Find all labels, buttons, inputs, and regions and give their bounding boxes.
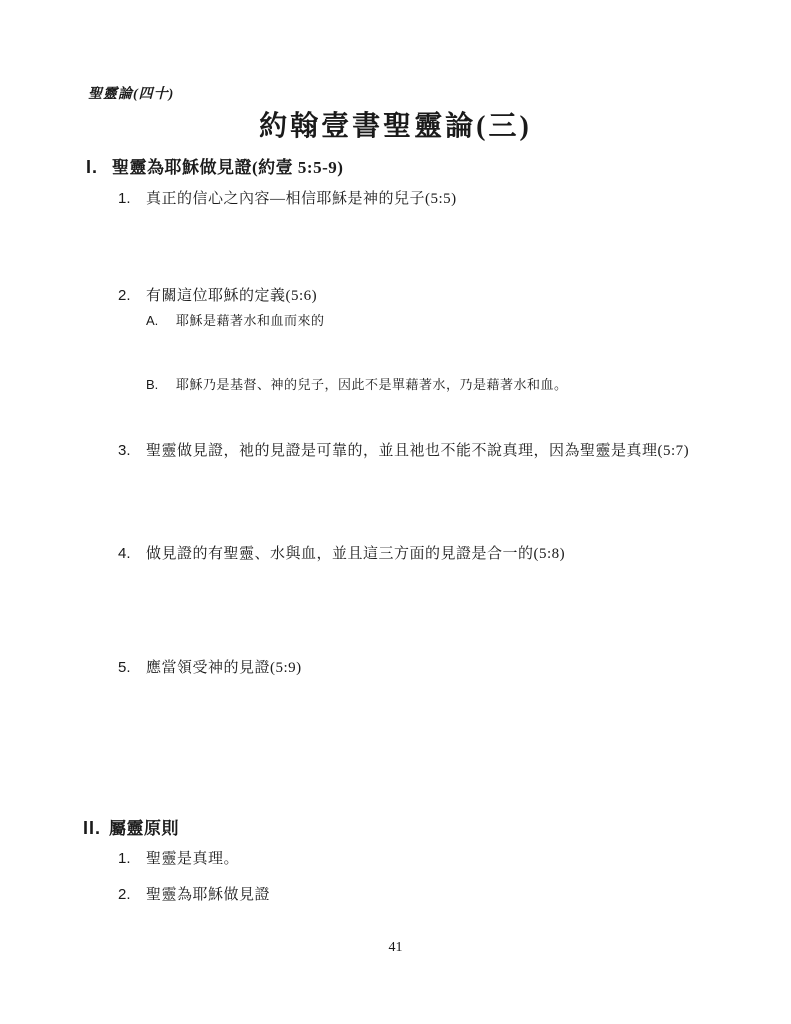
subitem-text: 耶穌是藉著水和血而來的 — [176, 310, 325, 329]
item-number: 2. — [118, 886, 146, 903]
section-numeral: II. — [83, 818, 109, 839]
document-header-label: 聖靈論(四十) — [88, 83, 174, 103]
item-number: 2. — [118, 287, 146, 304]
page-number: 41 — [0, 940, 791, 956]
item-number: 1. — [118, 190, 146, 207]
section-heading-2: II. 屬靈原則 — [83, 814, 179, 839]
document-page: 聖靈論(四十) 約翰壹書聖靈論(三) I. 聖靈為耶穌做見證(約壹 5:5-9)… — [0, 0, 791, 1024]
section-heading-text: 聖靈為耶穌做見證(約壹 5:5-9) — [112, 153, 343, 178]
section-heading-text: 屬靈原則 — [109, 814, 179, 839]
sub-list-item: B. 耶穌乃是基督、神的兒子，因此不是單藉著水，乃是藉著水和血。 — [146, 374, 568, 393]
item-text: 聖靈是真理。 — [146, 847, 239, 868]
item-number: 1. — [118, 850, 146, 867]
section-numeral: I. — [86, 157, 112, 178]
sub-list-item: A. 耶穌是藉著水和血而來的 — [146, 310, 325, 329]
item-text: 做見證的有聖靈、水與血，並且這三方面的見證是合一的(5:8) — [146, 542, 565, 563]
item-text: 應當領受神的見證(5:9) — [146, 656, 302, 677]
list-item: 1. 聖靈是真理。 — [118, 847, 239, 868]
list-item: 2. 聖靈為耶穌做見證 — [118, 883, 270, 904]
item-text: 聖靈為耶穌做見證 — [146, 883, 270, 904]
item-text: 有關這位耶穌的定義(5:6) — [146, 284, 317, 305]
list-item: 2. 有關這位耶穌的定義(5:6) — [118, 284, 317, 305]
subitem-text: 耶穌乃是基督、神的兒子，因此不是單藉著水，乃是藉著水和血。 — [176, 374, 568, 393]
item-number: 3. — [118, 442, 146, 459]
item-number: 4. — [118, 545, 146, 562]
list-item: 5. 應當領受神的見證(5:9) — [118, 656, 302, 677]
item-text: 聖靈做見證，祂的見證是可靠的，並且祂也不能不說真理，因為聖靈是真理(5:7) — [146, 439, 689, 460]
subitem-letter: B. — [146, 377, 176, 392]
list-item: 3. 聖靈做見證，祂的見證是可靠的，並且祂也不能不說真理，因為聖靈是真理(5:7… — [118, 439, 689, 460]
item-text: 真正的信心之內容—相信耶穌是神的兒子(5:5) — [146, 187, 457, 208]
item-number: 5. — [118, 659, 146, 676]
subitem-letter: A. — [146, 313, 176, 328]
page-title: 約翰壹書聖靈論(三) — [0, 104, 791, 144]
section-heading-1: I. 聖靈為耶穌做見證(約壹 5:5-9) — [86, 153, 343, 178]
list-item: 1. 真正的信心之內容—相信耶穌是神的兒子(5:5) — [118, 187, 457, 208]
list-item: 4. 做見證的有聖靈、水與血，並且這三方面的見證是合一的(5:8) — [118, 542, 565, 563]
